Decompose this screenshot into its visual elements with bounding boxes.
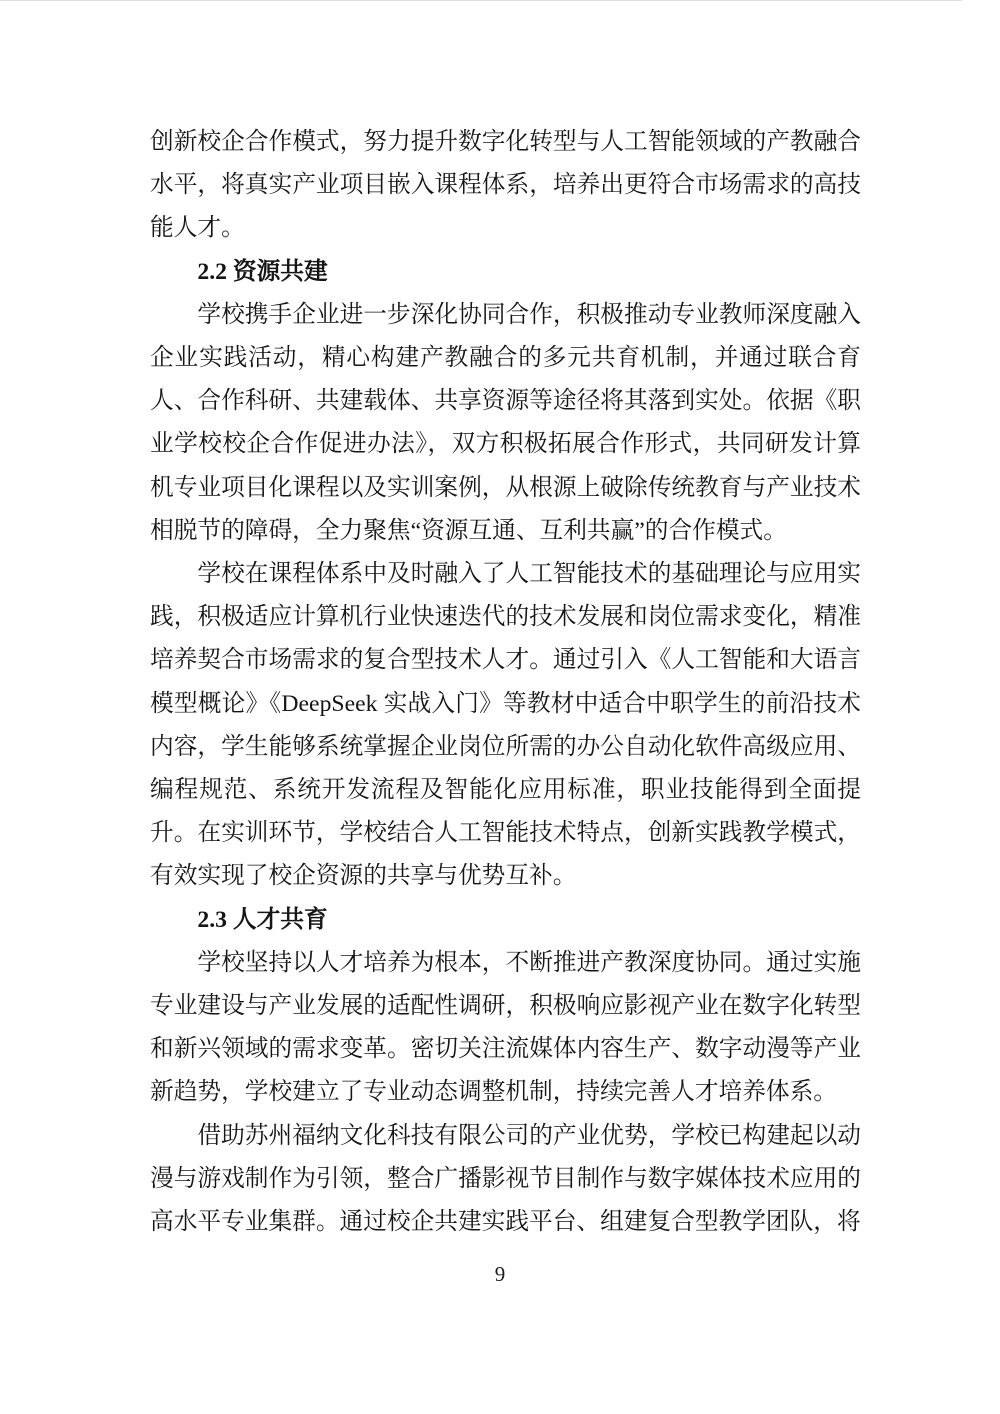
paragraph-talent-coeducation-2: 借助苏州福纳文化科技有限公司的产业优势，学校已构建起以动漫与游戏制作为引领，整合… [150,1115,861,1245]
paragraph-continued-from-previous-page: 创新校企合作模式，努力提升数字化转型与人工智能领域的产教融合水平，将真实产业项目… [150,121,861,251]
page-number: 9 [495,1262,506,1286]
section-heading-2-2: 2.2 资源共建 [150,251,861,294]
paragraph-talent-coeducation-1: 学校坚持以人才培养为根本，不断推进产教深度协同。通过实施专业建设与产业发展的适配… [150,942,861,1115]
section-heading-2-3: 2.3 人才共育 [150,899,861,942]
paragraph-resource-cobuilding-2: 学校在课程体系中及时融入了人工智能技术的基础理论与应用实践，积极适应计算机行业快… [150,553,861,899]
document-page: { "content": { "blocks": [ { "type": "pa… [0,0,1000,1414]
scan-edge-artifact [0,0,962,1]
page-footer: 9 [0,1259,1000,1289]
page-body-text: 创新校企合作模式，努力提升数字化转型与人工智能领域的产教融合水平，将真实产业项目… [150,121,861,1244]
paragraph-resource-cobuilding-1: 学校携手企业进一步深化协同合作，积极推动专业教师深度融入企业实践活动，精心构建产… [150,294,861,553]
